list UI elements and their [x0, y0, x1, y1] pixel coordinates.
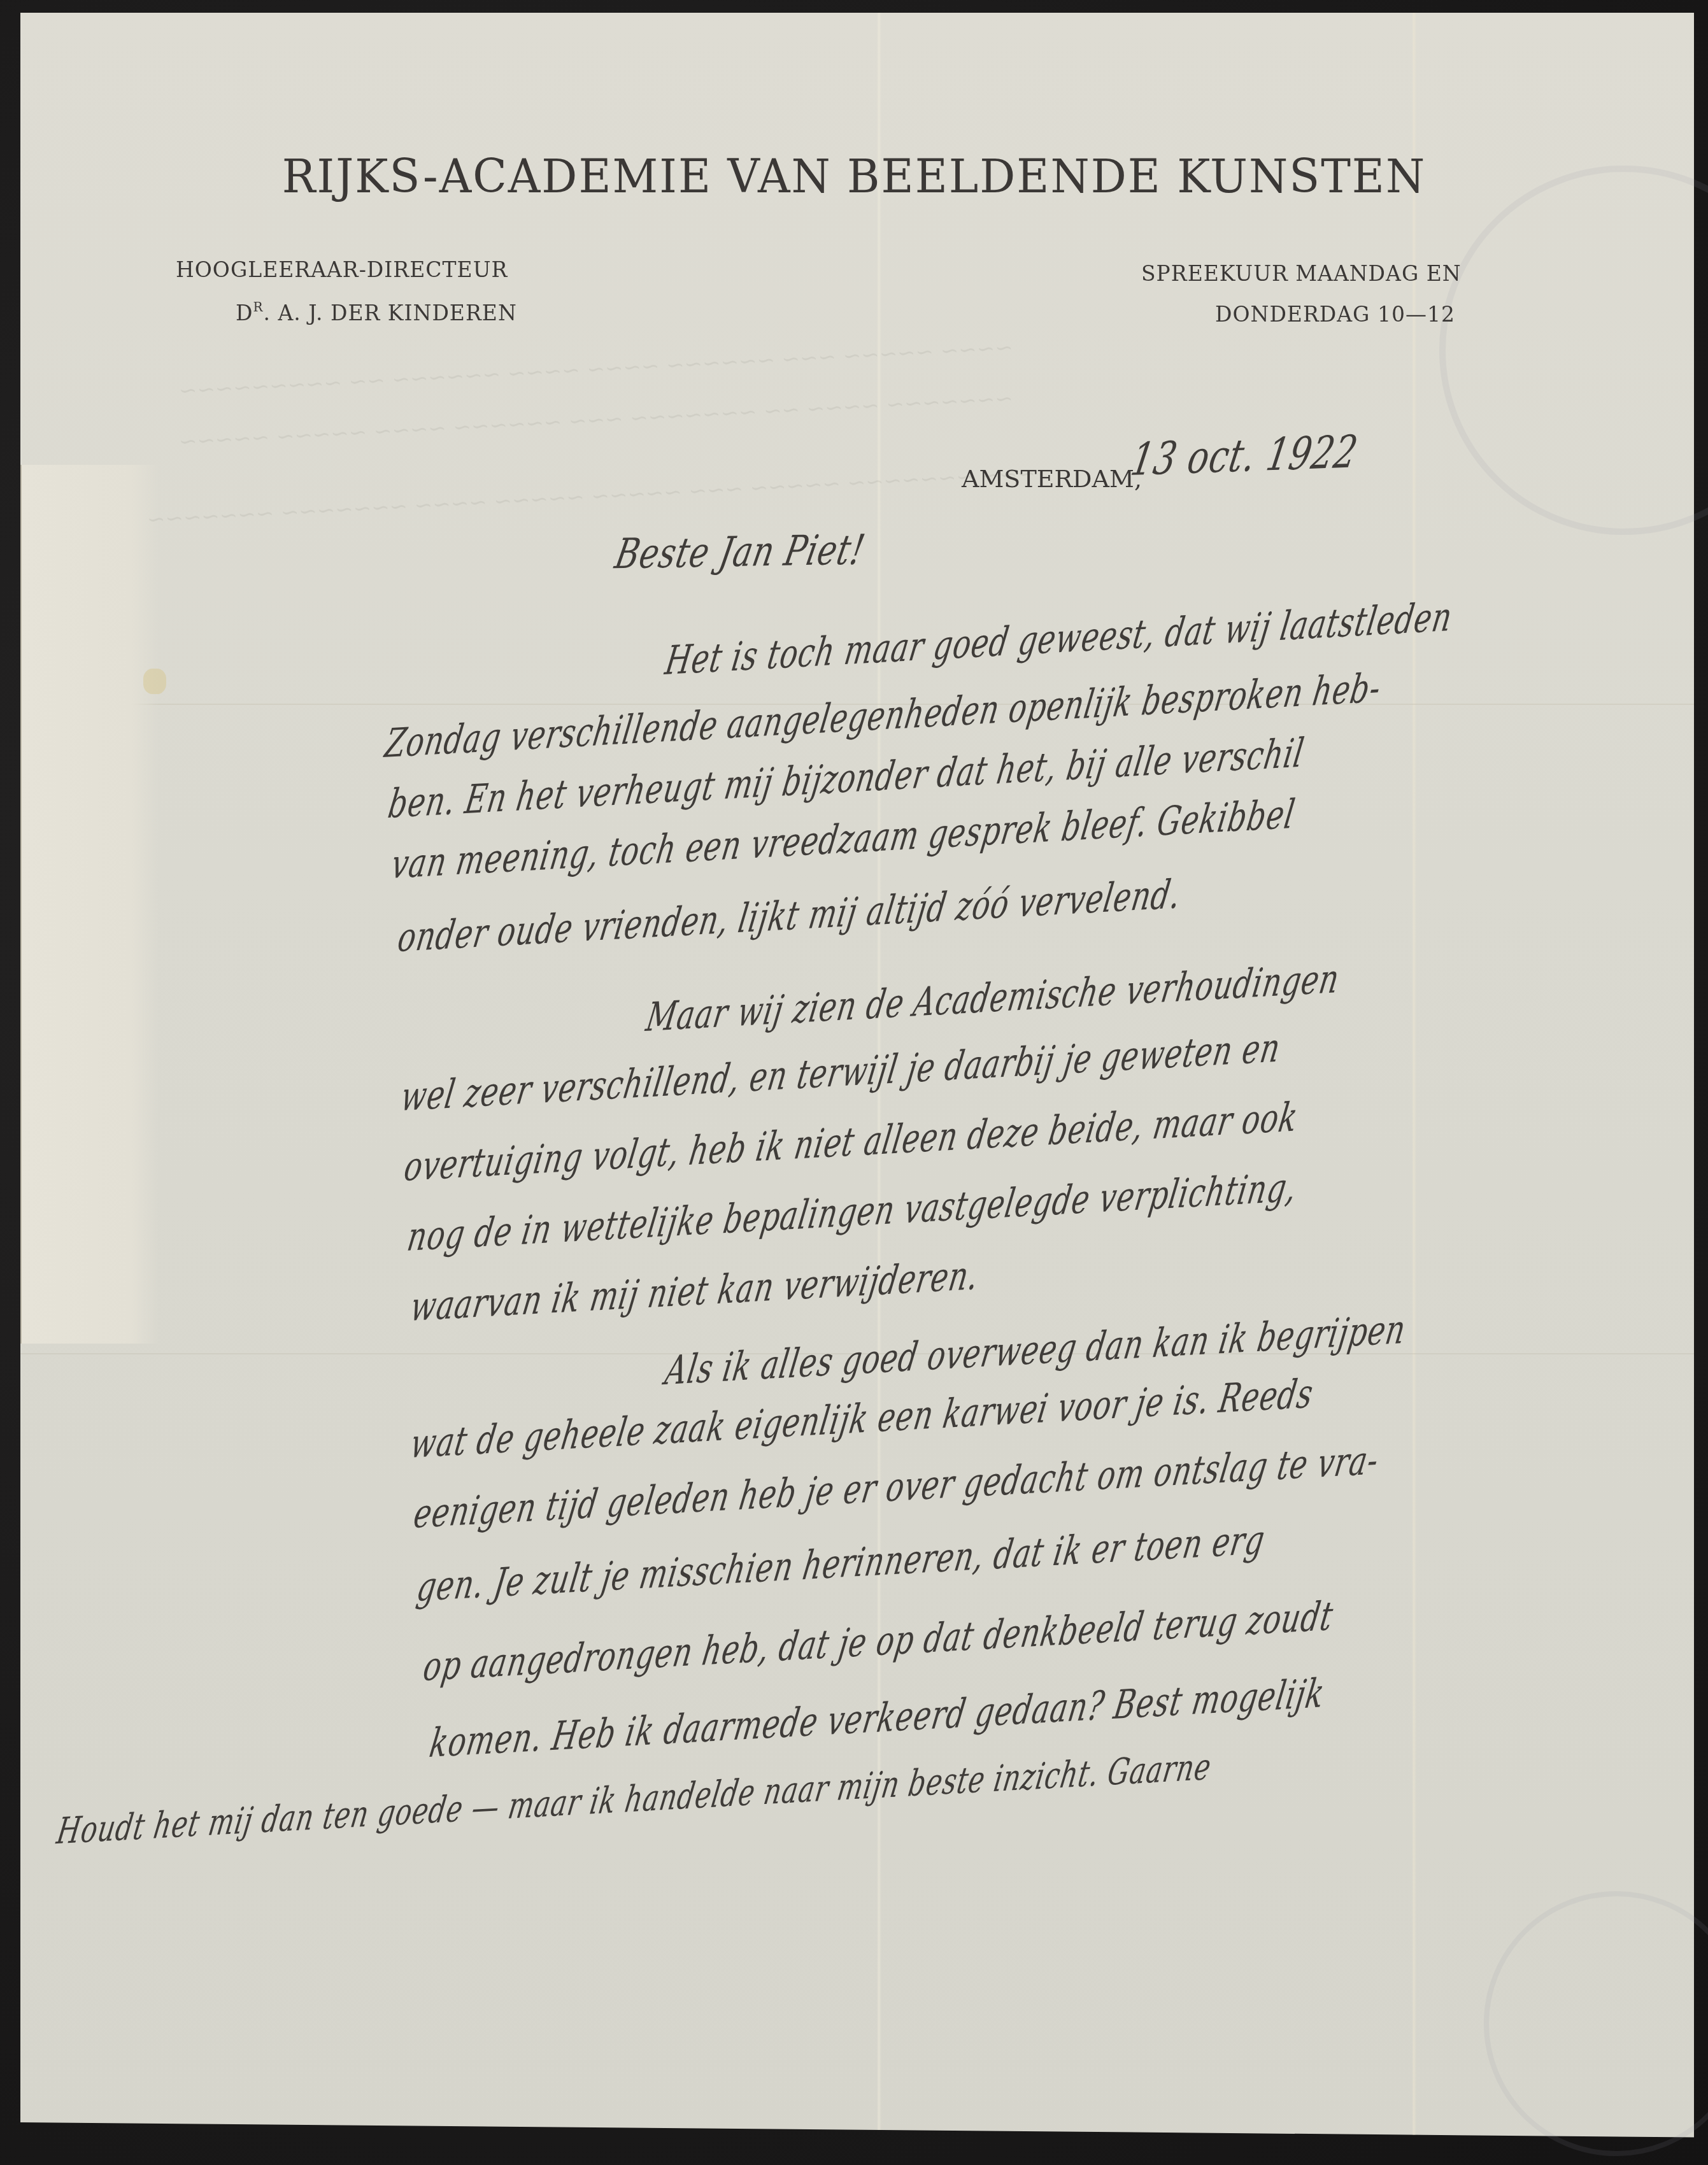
letterhead-office-hours-line2: DONDERDAG 10—12 [1215, 302, 1455, 327]
letterhead-place: AMSTERDAM, [962, 465, 1142, 493]
mounting-strip [20, 465, 159, 1344]
letterhead-dr-prefix: D [236, 301, 253, 325]
letterhead-dr-superscript: R [253, 299, 263, 315]
letterhead-director-title: HOOGLEERAAR-DIRECTEUR [176, 257, 508, 282]
letterhead-title: RIJKS-ACADEMIE VAN BEELDENDE KUNSTEN [0, 149, 1708, 204]
letter-date: 13 oct. 1922 [1127, 425, 1362, 486]
letterhead-office-hours-line1: SPREEKUUR MAANDAG EN [1141, 261, 1462, 286]
letterhead-dr-name: . A. J. DER KINDEREN [264, 301, 517, 325]
paper-stain [143, 669, 166, 694]
letter-greeting: Beste Jan Piet! [611, 526, 869, 578]
letterhead-director-name: DR. A. J. DER KINDEREN [236, 299, 517, 325]
